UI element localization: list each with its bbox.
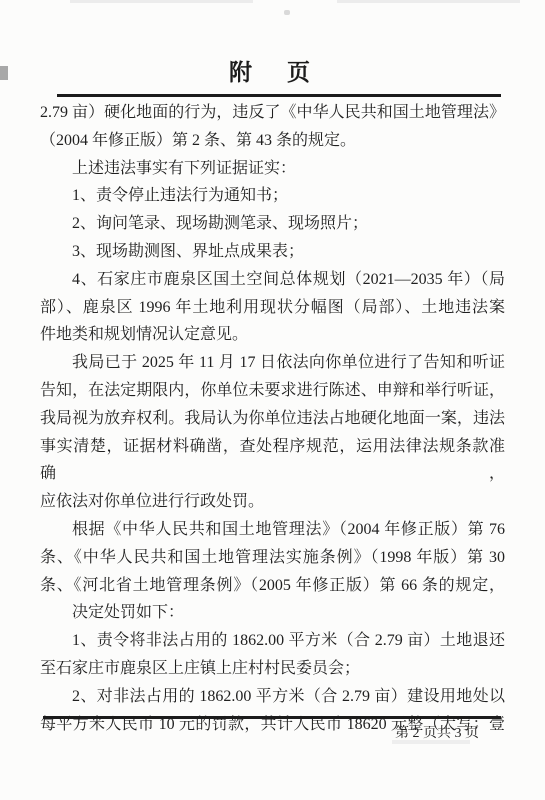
text-line: 1、责令停止违法行为通知书；: [40, 182, 505, 210]
title-underline: [57, 94, 501, 97]
text-line: 我局已于 2025 年 11 月 17 日依法向你单位进行了告知和听证: [40, 349, 505, 377]
text-line: 我局视为放弃权利。我局认为你单位违法占地硬化地面一案，违法: [40, 405, 505, 433]
document-page: 附 页 2.79 亩）硬化地面的行为，违反了《中华人民共和国土地管理法》（200…: [0, 0, 545, 800]
text-line: 部）、鹿泉区 1996 年土地利用现状分幅图（局部）、土地违法案: [40, 294, 505, 322]
text-line: 2.79 亩）硬化地面的行为，违反了《中华人民共和国土地管理法》: [40, 99, 505, 127]
text-line: 上述违法事实有下列证据证实：: [40, 155, 505, 183]
text-line: 1、责令将非法占用的 1862.00 平方米（合 2.79 亩）土地退还: [40, 627, 505, 655]
footer-line: [43, 716, 501, 719]
text-line: 4、石家庄市鹿泉区国土空间总体规划（2021—2035 年）（局: [40, 266, 505, 294]
text-line: 3、现场勘测图、界址点成果表；: [40, 238, 505, 266]
page-title: 附 页: [0, 54, 545, 87]
text-line: （2004 年修正版）第 2 条、第 43 条的规定。: [40, 127, 505, 155]
text-line: 至石家庄市鹿泉区上庄镇上庄村村民委员会；: [40, 655, 505, 683]
text-line: 根据《中华人民共和国土地管理法》（2004 年修正版）第 76: [40, 516, 505, 544]
text-line: 2、询问笔录、现场勘测笔录、现场照片；: [40, 210, 505, 238]
text-line: 条、《河北省土地管理条例》（2005 年修正版）第 66 条的规定，: [40, 572, 505, 600]
text-line: 条、《中华人民共和国土地管理法实施条例》（1998 年版）第 30: [40, 544, 505, 572]
page-number: 第 2 页共 3 页: [395, 722, 479, 742]
scan-artifact-speck: [284, 10, 290, 15]
text-line: 件地类和规划情况认定意见。: [40, 321, 505, 349]
text-line: 事实清楚，证据材料确凿，查处程序规范，运用法律法规条款准确，: [40, 433, 505, 489]
text-line: 应依法对你单位进行行政处罚。: [40, 488, 505, 516]
text-line: 告知，在法定期限内，你单位未要求进行陈述、申辩和举行听证，: [40, 377, 505, 405]
scan-artifact-top-left: [70, 0, 253, 3]
scan-artifact-top-right: [337, 0, 520, 3]
document-body: 2.79 亩）硬化地面的行为，违反了《中华人民共和国土地管理法》（2004 年修…: [40, 99, 505, 738]
text-line: 2、对非法占用的 1862.00 平方米（合 2.79 亩）建设用地处以: [40, 683, 505, 711]
text-line: 决定处罚如下：: [40, 599, 505, 627]
